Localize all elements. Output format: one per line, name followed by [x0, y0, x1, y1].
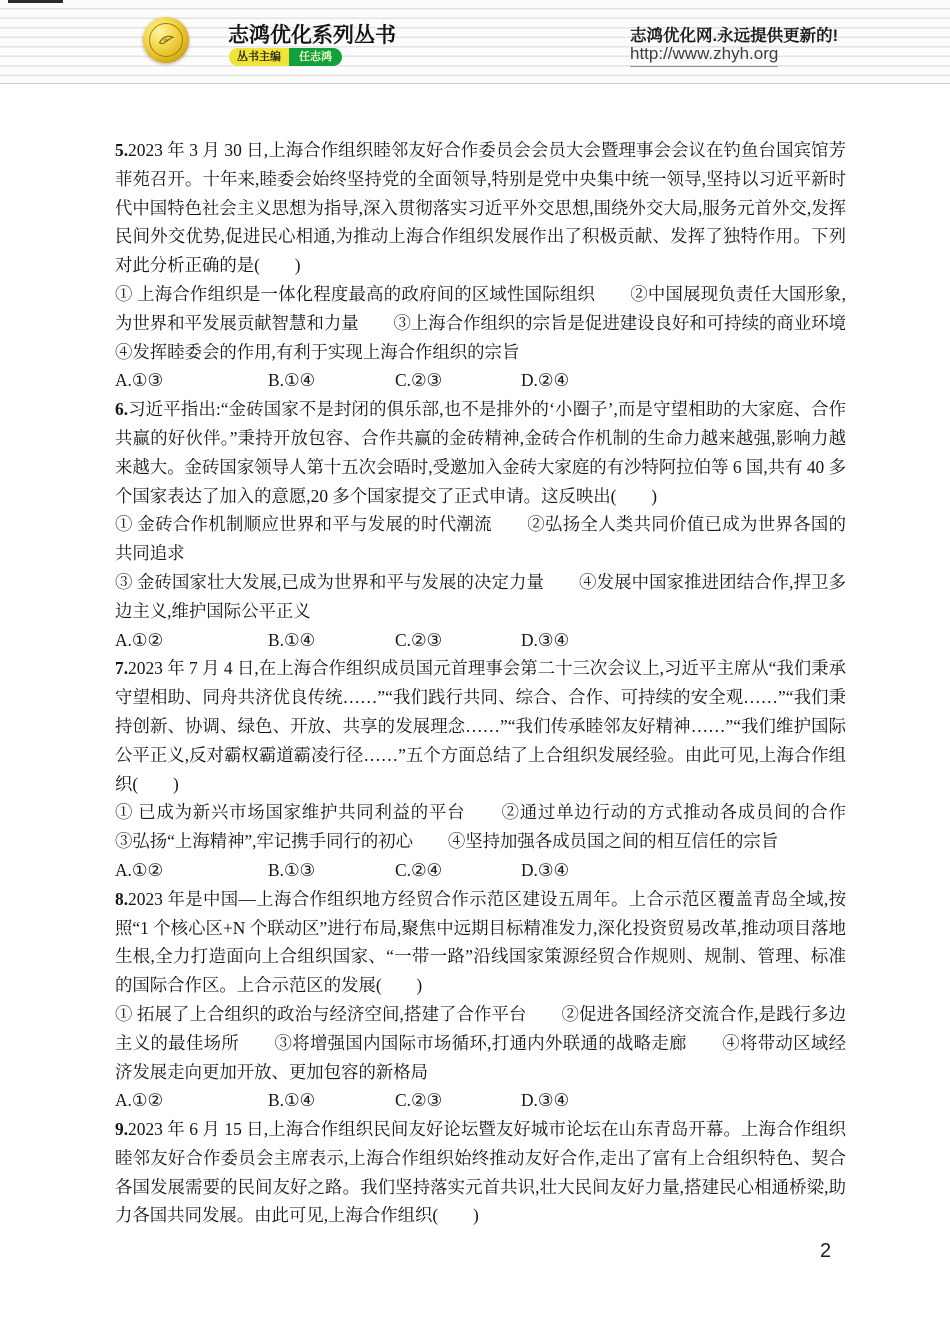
choice-b: B.①③ — [268, 856, 395, 885]
choice-d: D.③④ — [521, 626, 846, 655]
choice-a: A.①② — [115, 626, 268, 655]
choice-d: D.③④ — [521, 856, 846, 885]
choice-a: A.①③ — [115, 366, 268, 395]
question-statements: ① 上海合作组织是一体化程度最高的政府间的区域性国际组织 ②中国展现负责任大国形… — [115, 280, 846, 366]
question-number: 5. — [115, 140, 128, 160]
question-number: 7. — [115, 658, 128, 678]
medal-inner-ring — [149, 23, 183, 57]
question-stem-text: 2023 年 3 月 30 日,上海合作组织睦邻友好合作委员会会员大会暨理事会会… — [115, 140, 846, 275]
question-stem-text: 2023 年 6 月 15 日,上海合作组织民间友好论坛暨友好城市论坛在山东青岛… — [115, 1119, 846, 1225]
question-number: 8. — [115, 889, 128, 909]
choice-b: B.①④ — [268, 626, 395, 655]
choice-c: C.②④ — [395, 856, 521, 885]
badge-label: 丛书主编 — [229, 48, 289, 66]
header-stripe-band: 志鸿优化系列丛书 丛书主编 任志鸿 志鸿优化网.永远提供更新的! http://… — [0, 0, 950, 84]
question-statements: ① 已成为新兴市场国家维护共同利益的平台 ②通过单边行动的方式推动各成员间的合作… — [115, 798, 846, 856]
question-stem: 6.习近平指出:“金砖国家不是封闭的俱乐部,也不是排外的‘小圈子’,而是守望相助… — [115, 395, 846, 510]
exam-content: 5.2023 年 3 月 30 日,上海合作组织睦邻友好合作委员会会员大会暨理事… — [115, 136, 846, 1230]
question-stem: 8.2023 年是中国—上海合作组织地方经贸合作示范区建设五周年。上合示范区覆盖… — [115, 885, 846, 1000]
choice-d: D.③④ — [521, 1086, 846, 1115]
question-9: 9.2023 年 6 月 15 日,上海合作组织民间友好论坛暨友好城市论坛在山东… — [115, 1115, 846, 1230]
choice-c: C.②③ — [395, 626, 521, 655]
answer-choices: A.①② B.①④ C.②③ D.③④ — [115, 626, 846, 655]
choice-b: B.①④ — [268, 1086, 395, 1115]
site-url: http://www.zhyh.org — [630, 44, 778, 67]
question-statements: ① 金砖合作机制顺应世界和平与发展的时代潮流 ②弘扬全人类共同价值已成为世界各国… — [115, 510, 846, 568]
question-stem: 9.2023 年 6 月 15 日,上海合作组织民间友好论坛暨友好城市论坛在山东… — [115, 1115, 846, 1230]
badge-editor-name: 任志鸿 — [289, 48, 342, 66]
question-5: 5.2023 年 3 月 30 日,上海合作组织睦邻友好合作委员会会员大会暨理事… — [115, 136, 846, 395]
question-stem: 7.2023 年 7 月 4 日,在上海合作组织成员国元首理事会第二十三次会议上… — [115, 654, 846, 798]
question-number: 6. — [115, 399, 128, 419]
question-stem-text: 2023 年 7 月 4 日,在上海合作组织成员国元首理事会第二十三次会议上,习… — [115, 658, 846, 793]
site-slogan: 志鸿优化网.永远提供更新的! — [630, 22, 838, 46]
choice-b: B.①④ — [268, 366, 395, 395]
choice-c: C.②③ — [395, 366, 521, 395]
choice-d: D.②④ — [521, 366, 846, 395]
question-stem-text: 习近平指出:“金砖国家不是封闭的俱乐部,也不是排外的‘小圈子’,而是守望相助的大… — [115, 399, 846, 505]
question-stem-text: 2023 年是中国—上海合作组织地方经贸合作示范区建设五周年。上合示范区覆盖青岛… — [115, 889, 846, 995]
question-statements: ③ 金砖国家壮大发展,已成为世界和平与发展的决定力量 ④发展中国家推进团结合作,… — [115, 568, 846, 626]
question-stem: 5.2023 年 3 月 30 日,上海合作组织睦邻友好合作委员会会员大会暨理事… — [115, 136, 846, 280]
scan-artifact-mark — [8, 0, 63, 3]
question-number: 9. — [115, 1119, 128, 1139]
choice-c: C.②③ — [395, 1086, 521, 1115]
question-6: 6.习近平指出:“金砖国家不是封闭的俱乐部,也不是排外的‘小圈子’,而是守望相助… — [115, 395, 846, 654]
answer-choices: A.①② B.①④ C.②③ D.③④ — [115, 1086, 846, 1115]
crane-emblem-icon — [155, 29, 177, 51]
answer-choices: A.①② B.①③ C.②④ D.③④ — [115, 856, 846, 885]
answer-choices: A.①③ B.①④ C.②③ D.②④ — [115, 366, 846, 395]
page-number: 2 — [820, 1240, 831, 1263]
document-page: 志鸿优化系列丛书 丛书主编 任志鸿 志鸿优化网.永远提供更新的! http://… — [0, 0, 950, 1344]
editor-badge: 丛书主编 任志鸿 — [229, 48, 342, 66]
series-title: 志鸿优化系列丛书 — [228, 19, 396, 49]
question-8: 8.2023 年是中国—上海合作组织地方经贸合作示范区建设五周年。上合示范区覆盖… — [115, 885, 846, 1115]
question-statements: ① 拓展了上合组织的政治与经济空间,搭建了合作平台 ②促进各国经济交流合作,是践… — [115, 1000, 846, 1086]
question-7: 7.2023 年 7 月 4 日,在上海合作组织成员国元首理事会第二十三次会议上… — [115, 654, 846, 884]
gold-medal-logo-icon — [143, 17, 189, 63]
choice-a: A.①② — [115, 1086, 268, 1115]
choice-a: A.①② — [115, 856, 268, 885]
